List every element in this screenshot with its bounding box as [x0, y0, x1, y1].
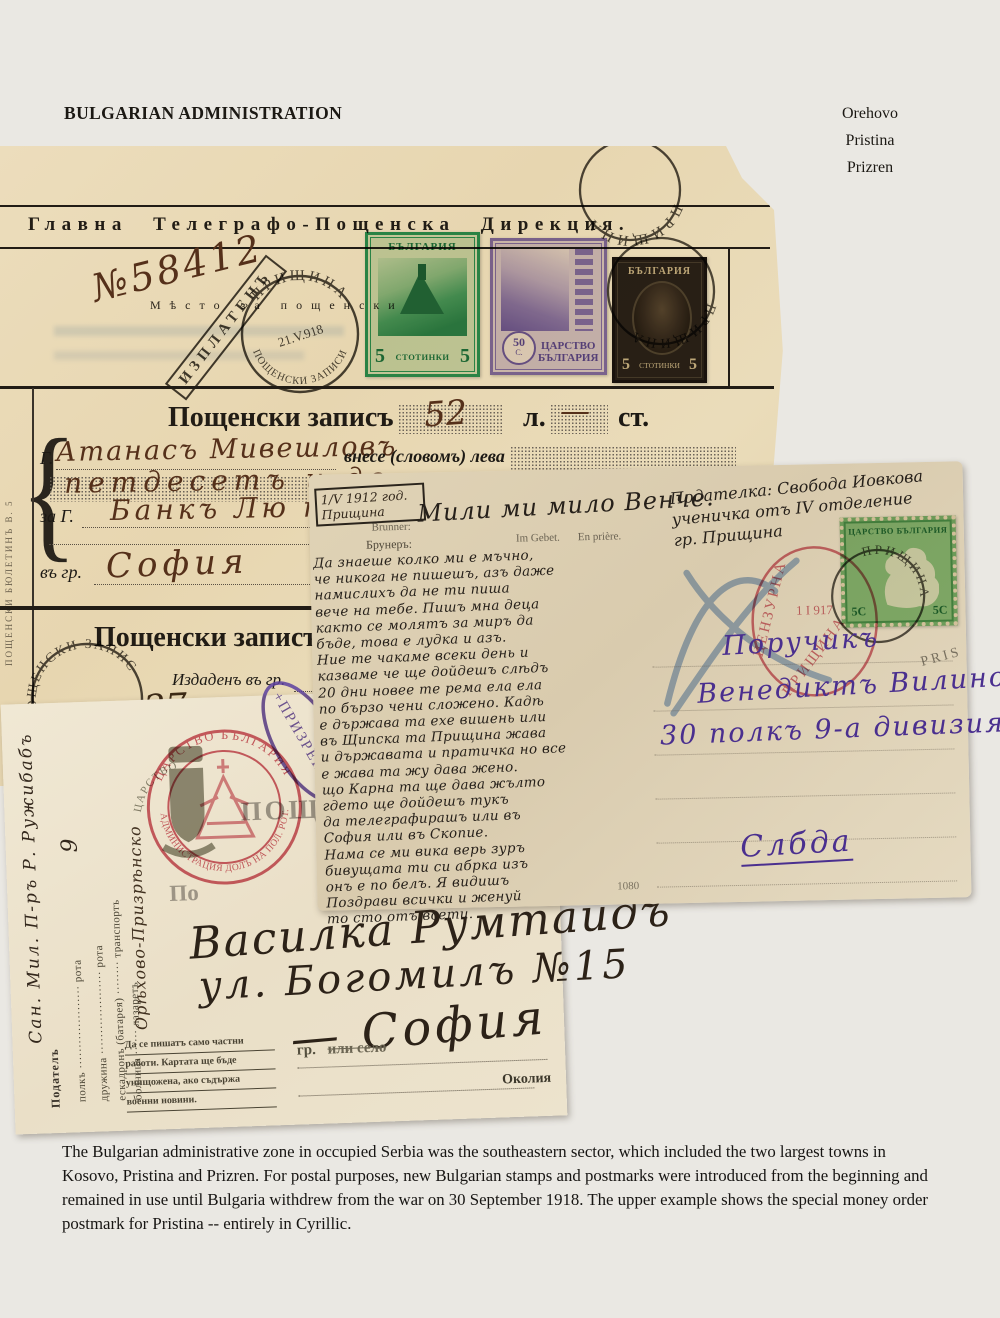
plate-number: 1080	[617, 880, 639, 892]
order-line-st: ст.	[618, 402, 649, 434]
location-item: Prizren	[815, 154, 925, 181]
stamp-portrait-oval	[632, 281, 692, 355]
stamp-unit-text: С.	[504, 349, 534, 357]
city-struck-text: или село	[327, 1040, 386, 1058]
stamp-vignette-mountain	[378, 258, 467, 336]
exhibit-caption: The Bulgarian administrative zone in occ…	[62, 1140, 946, 1235]
row-g-label: Г.	[40, 448, 53, 469]
stamp-unit-text: СТОТИНКИ	[639, 361, 680, 370]
form-header: Главна Телеграфо-Пощенска Дирекция.	[28, 214, 630, 236]
address-guide	[657, 879, 957, 887]
city-label: гр.	[297, 1042, 316, 1059]
publisher-latin: Brunner:	[371, 521, 410, 534]
publisher-cyrillic: Брунеръ:	[366, 537, 412, 553]
vertical-field-label: полкъ ···················· рота	[72, 959, 89, 1102]
stamp-value-text: 5	[375, 345, 385, 368]
row-za-label: за Г.	[40, 506, 74, 527]
stamp-value-text: 5	[460, 345, 470, 368]
stamp-vignette-sunrise	[501, 249, 569, 331]
okolia-label: Околия	[502, 1071, 552, 1089]
rules-box: Да се пишатъ само частниработи. Картата …	[124, 1031, 277, 1112]
stamp-country-text: БЪЛГАРИЯ	[538, 352, 598, 364]
rules-line: военни новини.	[126, 1088, 277, 1112]
stamp-country-text: БЪЛГАРИЯ	[371, 241, 474, 253]
sender-vertical-handwriting: Сан. Мил. П-ръ Р. Ружибабъ	[16, 732, 47, 1044]
company-number-handwriting: 9	[57, 838, 82, 853]
city-row: гр. или село	[297, 1040, 387, 1060]
message-block: Да знаеше колко ми е мъчно,че никога не …	[313, 543, 667, 928]
location-list: OrehovoPristinaPrizren	[815, 100, 925, 181]
postmark-money-order: ПРИЩИНА ПОЩЕНСКИ ЗАПИСИ 21.V.918	[230, 264, 370, 404]
form-side-label: ПОЩЕНСКИ БЮЛЕТИНЪ В. 5	[4, 499, 14, 666]
stamp-ornament-column	[575, 249, 593, 331]
stamp-country-text: БЪЛГАРИЯ	[618, 266, 701, 277]
address-city-handwriting: Слбда	[739, 824, 853, 867]
row-city-handwriting: София	[105, 542, 249, 587]
stamp-green-5st: БЪЛГАРИЯ 5 СТОТИНКИ 5	[365, 232, 480, 377]
stamp-country-block: ЦАРСТВО БЪЛГАРИЯ	[538, 340, 598, 364]
location-item: Pristina	[815, 127, 925, 154]
stamp-value-row: 5 СТОТИНКИ 5	[371, 345, 474, 368]
postmark-place-text: ПРИЩИНА	[248, 268, 351, 304]
postmark-date-text: 21.V.918	[276, 321, 325, 350]
stamp-value-text: 5	[689, 356, 697, 374]
okolia-leader	[298, 1086, 534, 1096]
address-guide	[655, 791, 955, 799]
sender-printed-label: Подателъ	[47, 1048, 64, 1108]
svg-text:ПРИЩИНА: ПРИЩИНА	[248, 268, 351, 304]
row-city-label: въ гр.	[40, 562, 82, 583]
location-item: Orehovo	[815, 100, 925, 127]
rule	[0, 386, 774, 389]
stamp-black-5st: БЪЛГАРИЯ 5 СТОТИНКИ 5	[612, 257, 707, 383]
vertical-field-label: дружина ···················· рота	[93, 945, 110, 1102]
caption-german: Im Gebet.	[516, 532, 560, 545]
order-line-label: Пощенски записъ	[168, 402, 394, 434]
stamp-value-row: 5 СТОТИНКИ 5	[618, 356, 701, 374]
postcard-pristina: 1/V 1912 год.Прищина Brunner: Брунеръ: I…	[309, 461, 972, 911]
amount-handwriting: 52	[423, 393, 469, 436]
stamp-country-text: ЦАРСТВО	[538, 340, 598, 352]
stamp-unit-text: СТОТИНКИ	[396, 352, 450, 362]
order-line-lv: л.	[523, 402, 546, 434]
stamp-value-circle: 50 С.	[502, 331, 536, 365]
dash-handwriting: —	[560, 394, 590, 429]
stamp-violet-50s: 50 С. ЦАРСТВО БЪЛГАРИЯ	[490, 238, 607, 375]
stamp-value-text: 5	[622, 356, 630, 374]
page-title: BULGARIAN ADMINISTRATION	[64, 103, 342, 124]
caption-french: En prière.	[578, 530, 622, 543]
exhibit-page: { "page": { "title": "BULGARIAN ADMINIST…	[0, 0, 1000, 1318]
